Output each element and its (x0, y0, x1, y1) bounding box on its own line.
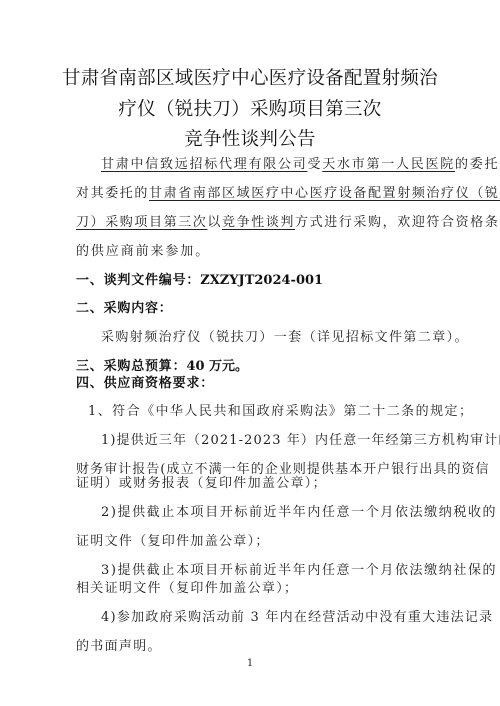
procurement-method: 竞争性谈判 (222, 215, 295, 230)
client-name: 天水市第一人民医院 (322, 157, 455, 172)
intro-line-3: 刀）采购项目第三次以竞争性谈判方式进行采购，欢迎符合资格条件 (76, 211, 500, 230)
section-1-heading: 一、谈判文件编号：ZXZYJT2024-001 (76, 269, 323, 288)
requirement-1-1-line-1: 1)提供近三年（2021-2023 年）内任意一年经第三方机构审计的 (101, 429, 500, 448)
requirement-1-2-line-1: 2)提供截止本项目开标前近半年内任意一个月依法缴纳税收的 (101, 501, 497, 520)
requirement-1-3-line-1: 3)提供截止本项目开标前近半年内任意一个月依法缴纳社保的 (101, 559, 497, 578)
requirement-1-1-line-3: 证明）或财务报表（复印件加盖公章）； (76, 472, 327, 491)
title-line-3: 竞争性谈判公告 (0, 125, 500, 151)
intro-line-4: 的供应商前来参加。 (76, 240, 210, 259)
project-name: 甘肃省南部区域医疗中心医疗设备配置射频治疗仪（锐扶 (149, 186, 500, 201)
intro-line-1: 甘肃中信致远招标代理有限公司受天水市第一人民医院的委托， (101, 153, 500, 172)
requirement-1-3-line-2: 相关证明文件（复印件加盖公章）； (76, 577, 298, 596)
project-name-cont: 刀）采购项目第三次 (76, 215, 207, 230)
title-line-1: 甘肃省南部区域医疗中心医疗设备配置射频治 (0, 64, 500, 90)
requirement-1-4-line-2: 的书面声明。 (76, 635, 162, 654)
page-number: 1 (0, 658, 500, 669)
section-4-heading: 四、供应商资格要求： (76, 372, 214, 391)
agency-name: 甘肃中信致远招标代理有限公司 (101, 157, 308, 172)
title-line-2: 疗仪（锐扶刀）采购项目第三次 (0, 95, 500, 121)
document-number: ZXZYJT2024-001 (200, 273, 323, 288)
requirement-1-2-line-2: 证明文件（复印件加盖公章）； (76, 530, 270, 549)
intro-line-2: 对其委托的甘肃省南部区域医疗中心医疗设备配置射频治疗仪（锐扶 (76, 182, 500, 201)
requirement-1: 1、符合《中华人民共和国政府采购法》第二十二条的规定； (88, 400, 473, 419)
section-2-body: 采购射频治疗仪（锐扶刀）一套（详见招标文件第二章）。 (101, 326, 469, 345)
section-2-heading: 二、采购内容： (76, 297, 173, 316)
document-page: 甘肃省南部区域医疗中心医疗设备配置射频治 疗仪（锐扶刀）采购项目第三次 竞争性谈… (0, 0, 500, 706)
requirement-1-4-line-1: 4)参加政府采购活动前 3 年内在经营活动中没有重大违法记录 (101, 606, 493, 625)
